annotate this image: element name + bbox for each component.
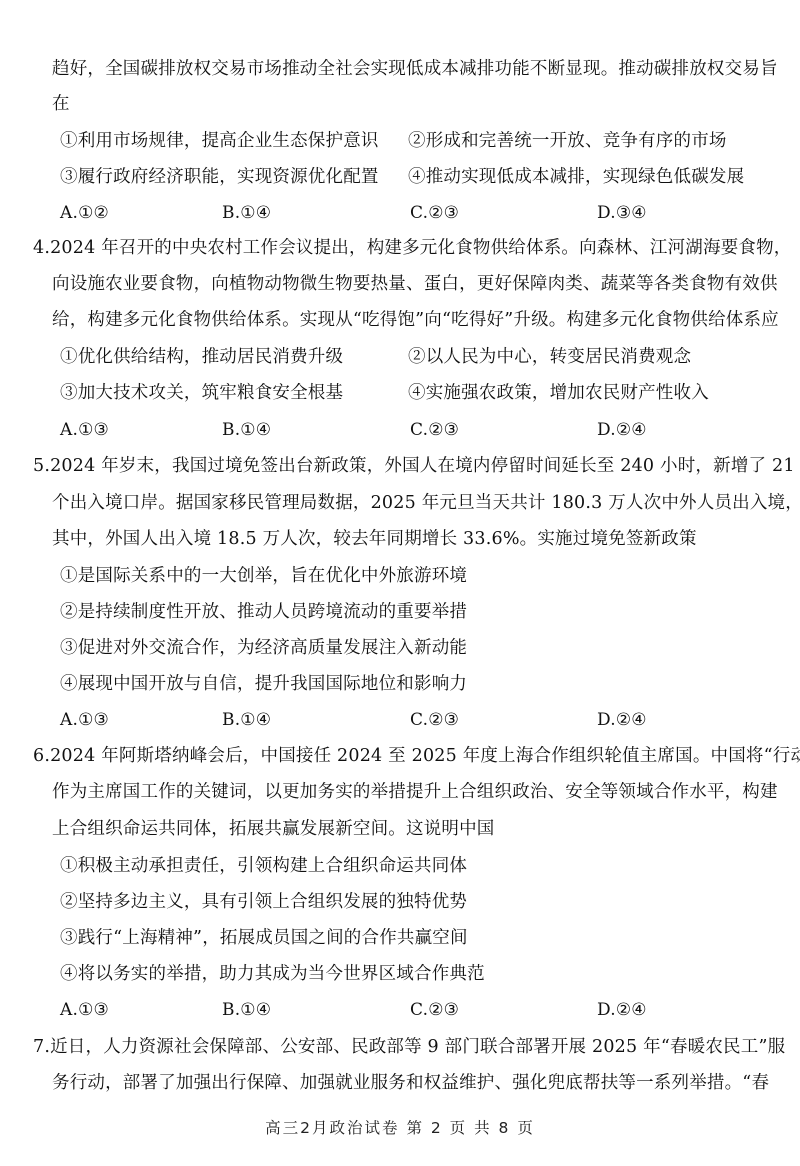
q5-stem-line-2: 个出入境口岸。据国家移民管理局数据，2025 年元旦当天共计 180.3 万人次… bbox=[52, 492, 800, 514]
q7-stem-line-2: 务行动，部署了加强出行保障、加强就业服务和权益维护、强化兜底帮扶等一系列举措。“… bbox=[52, 1072, 769, 1094]
q6-answer-a: A.①③ bbox=[60, 999, 109, 1021]
q3-stem-line-1: 趋好，全国碳排放权交易市场推动全社会实现低成本减排功能不断显现。推动碳排放权交易… bbox=[52, 58, 778, 80]
q6-answer-d: D.②④ bbox=[597, 999, 647, 1021]
q3-answer-d: D.③④ bbox=[597, 202, 647, 224]
q4-answer-b: B.①④ bbox=[222, 419, 271, 441]
q6-option-4: ④将以务实的举措，助力其成为当今世界区域合作典范 bbox=[60, 963, 485, 985]
q5-option-1: ①是国际关系中的一大创举，旨在优化中外旅游环境 bbox=[60, 565, 467, 587]
q6-answer-b: B.①④ bbox=[222, 999, 271, 1021]
q6-stem-line-1: 6.2024 年阿斯塔纳峰会后，中国接任 2024 至 2025 年度上海合作组… bbox=[33, 745, 800, 767]
q5-option-2: ②是持续制度性开放、推动人员跨境流动的重要举措 bbox=[60, 601, 467, 623]
q6-option-1: ①积极主动承担责任，引领构建上合组织命运共同体 bbox=[60, 855, 467, 877]
q6-option-3: ③践行“上海精神”，拓展成员国之间的合作共赢空间 bbox=[60, 927, 468, 949]
q4-option-2: ②以人民为中心，转变居民消费观念 bbox=[408, 346, 691, 368]
q4-answer-c: C.②③ bbox=[410, 419, 459, 441]
q5-answer-c: C.②③ bbox=[410, 709, 459, 731]
q4-option-4: ④实施强农政策，增加农民财产性收入 bbox=[408, 382, 709, 404]
q6-stem-line-2: 作为主席国工作的关键词，以更加务实的举措提升上合组织政治、安全等领域合作水平，构… bbox=[52, 781, 778, 803]
q4-stem-line-2: 向设施农业要食物，向植物动物微生物要热量、蛋白，更好保障肉类、蔬菜等各类食物有效… bbox=[52, 273, 778, 295]
q4-option-3: ③加大技术攻关，筑牢粮食安全根基 bbox=[60, 382, 343, 404]
q4-option-1: ①优化供给结构，推动居民消费升级 bbox=[60, 346, 343, 368]
q6-option-2: ②坚持多边主义，具有引领上合组织发展的独特优势 bbox=[60, 891, 467, 913]
q4-answer-a: A.①③ bbox=[60, 419, 109, 441]
exam-page: 趋好，全国碳排放权交易市场推动全社会实现低成本减排功能不断显现。推动碳排放权交易… bbox=[0, 0, 800, 1166]
q4-answer-d: D.②④ bbox=[597, 419, 647, 441]
q4-stem-line-3: 给，构建多元化食物供给体系。实现从“吃得饱”向“吃得好”升级。构建多元化食物供给… bbox=[52, 309, 779, 331]
q5-stem-line-1: 5.2024 年岁末，我国过境免签出台新政策，外国人在境内停留时间延长至 240… bbox=[33, 455, 795, 477]
q5-stem-line-3: 其中，外国人出入境 18.5 万人次，较去年同期增长 33.6%。实施过境免签新… bbox=[52, 528, 697, 550]
page-footer: 高三2月政治试卷 第 2 页 共 8 页 bbox=[0, 1116, 800, 1138]
q7-stem-line-1: 7.近日，人力资源社会保障部、公安部、民政部等 9 部门联合部署开展 2025 … bbox=[33, 1036, 785, 1058]
q5-option-3: ③促进对外交流合作，为经济高质量发展注入新动能 bbox=[60, 637, 467, 659]
q5-answer-d: D.②④ bbox=[597, 709, 647, 731]
q6-answer-c: C.②③ bbox=[410, 999, 459, 1021]
q3-option-3: ③履行政府经济职能，实现资源优化配置 bbox=[60, 166, 379, 188]
q5-answer-a: A.①③ bbox=[60, 709, 109, 731]
q6-stem-line-3: 上合组织命运共同体，拓展共赢发展新空间。这说明中国 bbox=[52, 818, 495, 840]
q5-option-4: ④展现中国开放与自信，提升我国国际地位和影响力 bbox=[60, 673, 467, 695]
q3-option-2: ②形成和完善统一开放、竞争有序的市场 bbox=[408, 130, 727, 152]
q3-answer-c: C.②③ bbox=[410, 202, 459, 224]
q3-stem-line-2: 在 bbox=[52, 93, 70, 115]
q3-option-1: ①利用市场规律，提高企业生态保护意识 bbox=[60, 130, 379, 152]
q5-answer-b: B.①④ bbox=[222, 709, 271, 731]
q3-answer-b: B.①④ bbox=[222, 202, 271, 224]
q3-answer-a: A.①② bbox=[60, 202, 109, 224]
q3-option-4: ④推动实现低成本减排，实现绿色低碳发展 bbox=[408, 166, 744, 188]
q4-stem-line-1: 4.2024 年召开的中央农村工作会议提出，构建多元化食物供给体系。向森林、江河… bbox=[33, 237, 792, 259]
